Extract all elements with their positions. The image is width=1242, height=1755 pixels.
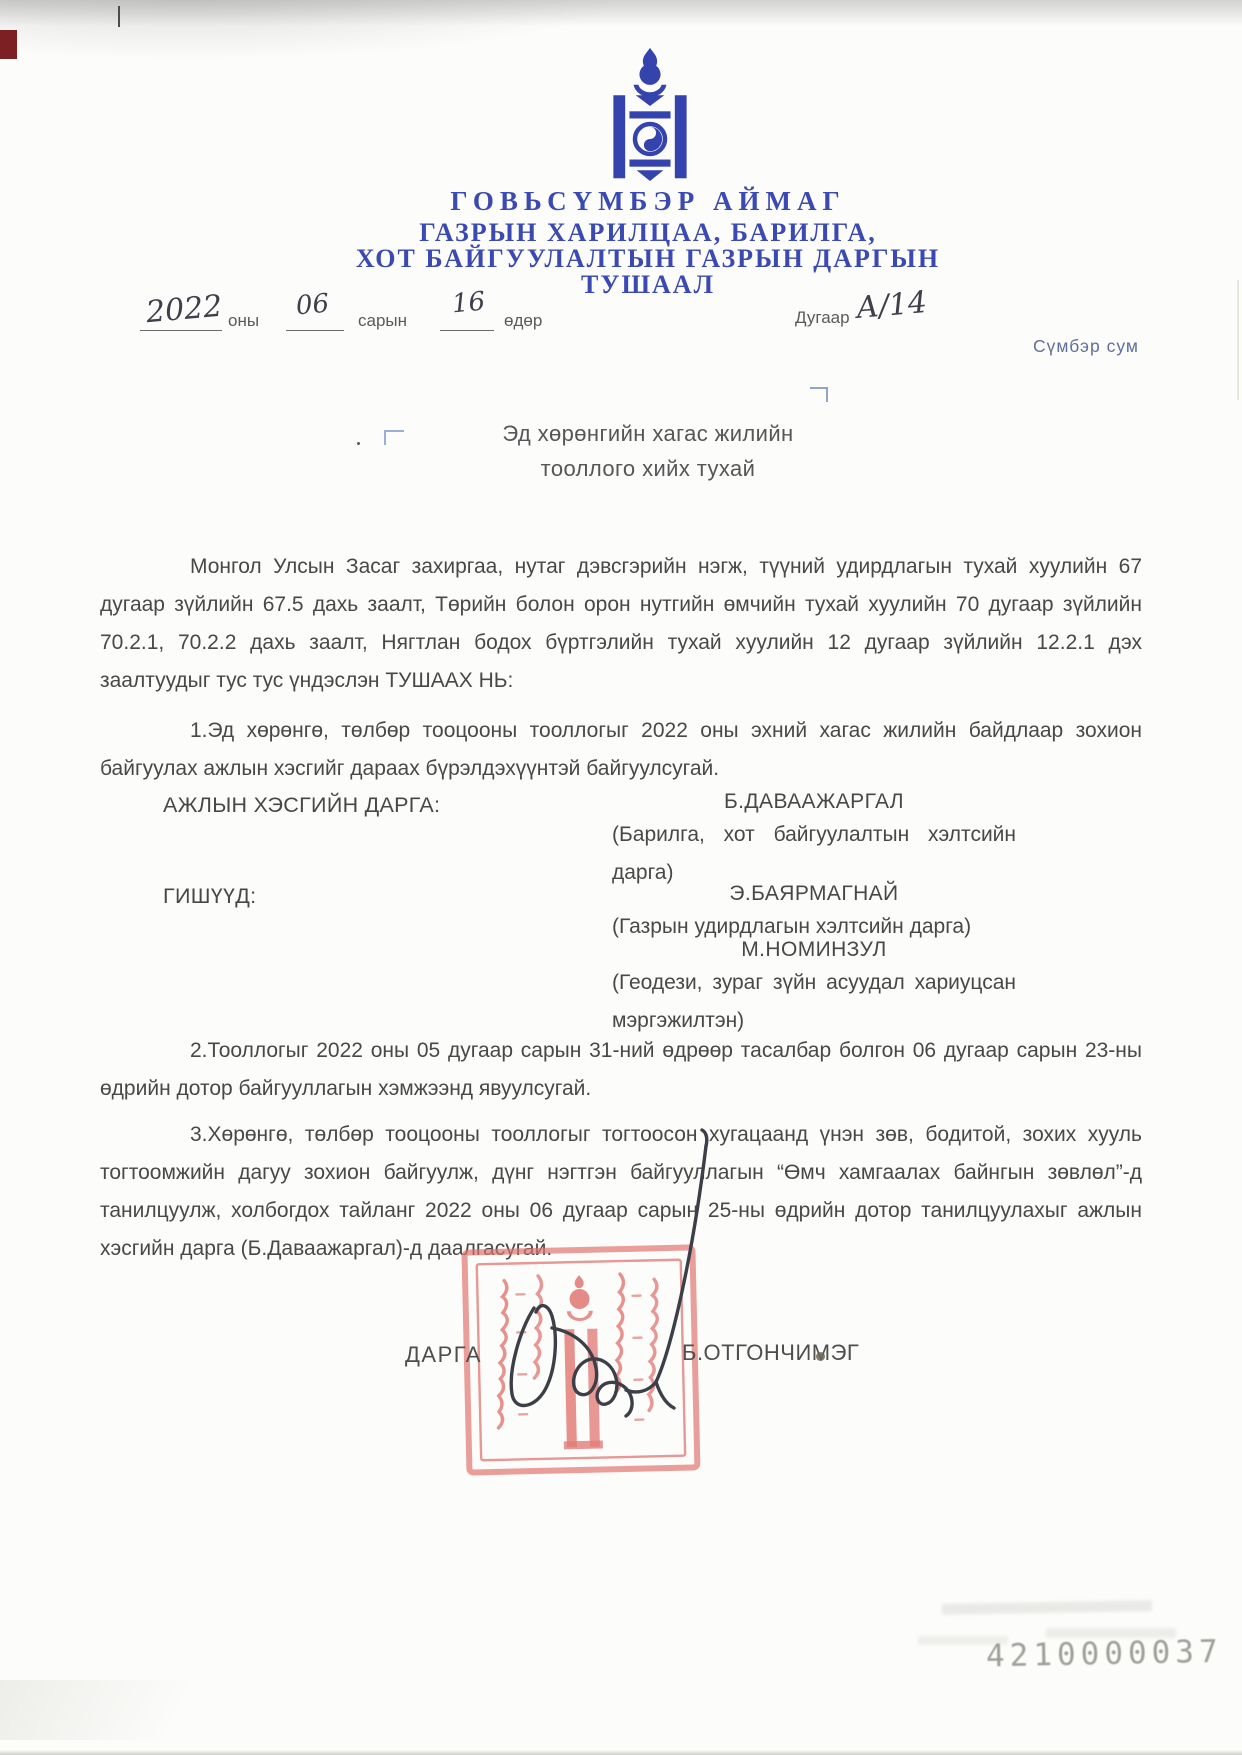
- scan-corner-blot: [0, 30, 17, 59]
- place-name: Сүмбэр сум: [1033, 336, 1139, 357]
- blank-line: [286, 329, 344, 331]
- handwritten-signature: [430, 1060, 960, 1465]
- day-label: өдөр: [504, 311, 542, 331]
- committee-chair-title: (Барилга, хот байгуулалтын хэлтсийн дарг…: [612, 816, 1016, 892]
- number-label: Дугаар: [795, 308, 850, 328]
- committee-member2-name: М.НОМИНЗУЛ: [612, 938, 1016, 962]
- signer-role: ДАРГА: [405, 1342, 482, 1368]
- handwritten-year: 2022: [145, 289, 224, 331]
- scan-tick-mark: [118, 6, 120, 27]
- handwritten-number: А/14: [855, 285, 929, 326]
- soyombo-emblem-icon: [600, 46, 700, 187]
- serial-number-stamp: 4210000037: [986, 1634, 1223, 1675]
- committee-role-chair: АЖЛЫН ХЭСГИЙН ДАРГА:: [163, 793, 440, 818]
- clause-1-paragraph: 1.Эд хөрөнгө, төлбөр тооцооны тооллогыг …: [100, 712, 1142, 788]
- title-line2: тооллого хийх тухай: [54, 451, 1242, 486]
- committee-member1-block: Э.БАЯРМАГНАЙ (Газрын удирдлагын хэлтсийн…: [612, 882, 1016, 946]
- scan-streak: [0, 1680, 300, 1740]
- aimag-name: ГОВЬСҮМБЭР АЙМАГ: [54, 186, 1242, 217]
- committee-role-members: ГИШҮҮД:: [163, 884, 256, 909]
- signer-name: Б.ОТГОНЧИМЭГ: [682, 1340, 859, 1366]
- corner-mark-right-icon: [810, 387, 828, 402]
- committee-chair-block: Б.ДАВААЖАРГАЛ (Барилга, хот байгуулалтын…: [612, 790, 1016, 892]
- year-label: оны: [228, 311, 259, 331]
- committee-member1-name: Э.БАЯРМАГНАЙ: [612, 882, 1016, 906]
- scan-haze: [0, 0, 620, 60]
- handwritten-day: 16: [451, 287, 487, 320]
- scanned-decree-page: ГОВЬСҮМБЭР АЙМАГ ГАЗРЫН ХАРИЛЦАА, БАРИЛГ…: [0, 0, 1242, 1755]
- month-label: сарын: [358, 311, 407, 331]
- blank-line: [140, 329, 222, 331]
- scan-bottom-shadow: [0, 1750, 1242, 1755]
- committee-member2-block: М.НОМИНЗУЛ (Геодези, зураг зүйн асуудал …: [612, 938, 1016, 1040]
- document-type: ТУШААЛ: [54, 270, 1242, 300]
- blank-line: [440, 329, 494, 331]
- faint-stamp-line: [942, 1600, 1152, 1615]
- committee-chair-name: Б.ДАВААЖАРГАЛ: [612, 790, 1016, 814]
- handwritten-month: 06: [295, 289, 331, 322]
- document-title: Эд хөрөнгийн хагас жилийн тооллого хийх …: [54, 416, 1242, 486]
- title-line1: Эд хөрөнгийн хагас жилийн: [54, 416, 1242, 451]
- preamble-paragraph: Монгол Улсын Засаг захиргаа, нутаг дэвсг…: [100, 548, 1142, 700]
- ink-speck: [816, 1352, 825, 1361]
- committee-member2-title: (Геодези, зураг зүйн асуудал хариуцсан м…: [612, 964, 1016, 1040]
